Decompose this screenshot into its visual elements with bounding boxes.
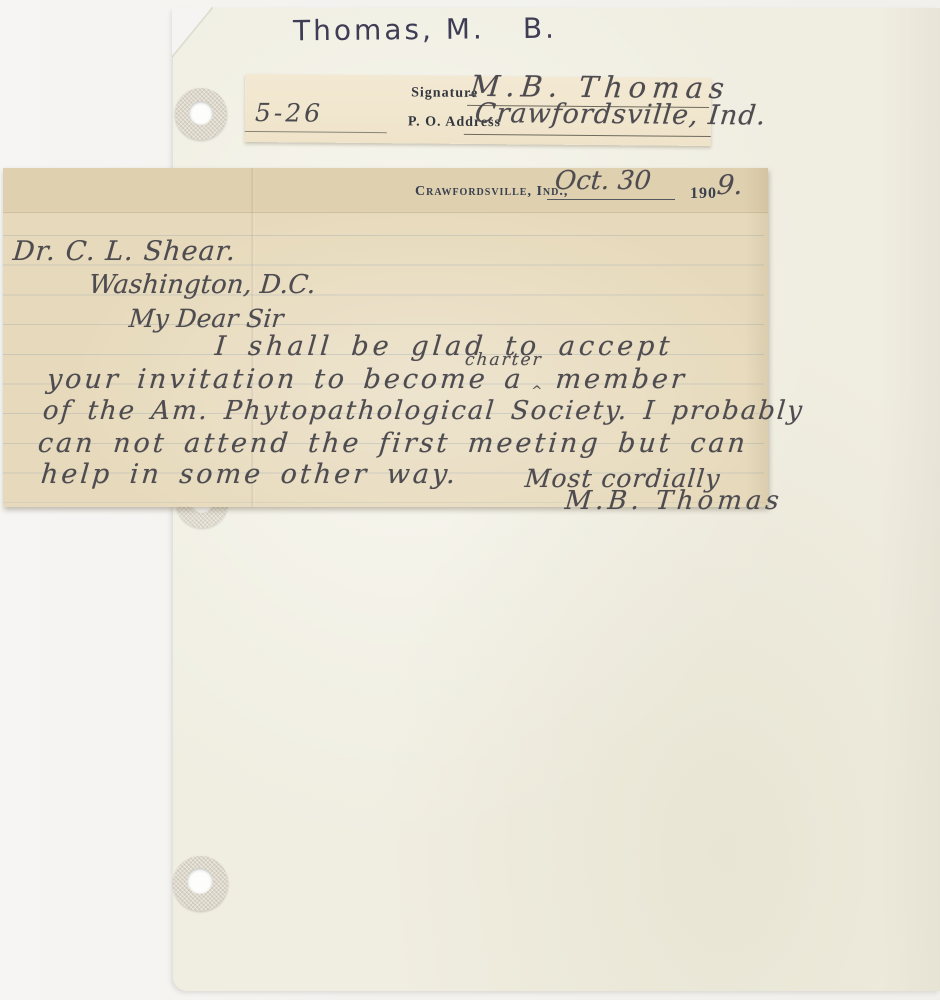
letterhead-year-handwritten: 9. xyxy=(716,170,744,201)
letterhead-year-printed: 190 xyxy=(690,185,717,203)
slip-address-rule xyxy=(464,134,711,137)
punch-hole-reinforcement-bottom xyxy=(173,856,228,911)
letter-body-line-3: of the Am. Phytopathological Society. I … xyxy=(42,396,806,426)
letter-body-line-1: I shall be glad to accept xyxy=(214,331,675,362)
letter-salutation: My Dear Sir xyxy=(128,304,285,333)
letter-recipient: Dr. C. L. Shear. xyxy=(12,236,238,267)
page-corner-cut xyxy=(172,7,213,57)
letter-body-line-2b: member xyxy=(554,364,688,395)
slip-address-value: Crawfordsville, Ind. xyxy=(473,98,767,132)
letter-recipient-city: Washington, D.C. xyxy=(88,270,317,300)
letterhead-date-rule xyxy=(547,199,675,200)
letter-body-line-4: can not attend the first meeting but can xyxy=(37,428,750,459)
letter-paper: Crawfordsville, Ind., Oct. 30 190 9. Dr.… xyxy=(3,168,768,507)
catalog-annotation: Thomas, M.B. xyxy=(293,12,557,48)
letter-body-line-2: your invitation to become amember xyxy=(46,364,689,395)
letterhead-place: Crawfordsville, Ind., xyxy=(415,184,568,200)
annotation-initial: B. xyxy=(523,12,557,45)
letterhead-date-handwritten: Oct. 30 xyxy=(554,166,653,196)
slip-file-number: 5-26 xyxy=(255,98,323,128)
signature-slip: 5-26 Signature M.B. Thomas P. O. Address… xyxy=(245,74,712,146)
letter-signature: M.B. Thomas xyxy=(564,486,784,516)
scanned-document: Thomas, M.B. Crawfordsville, Ind., Oct. … xyxy=(0,0,940,1000)
letter-body-line-2a: your invitation to become a xyxy=(46,364,525,395)
fold-crease xyxy=(3,212,768,213)
punch-hole-reinforcement-top xyxy=(175,88,227,140)
annotation-surname: Thomas, M. xyxy=(293,12,485,47)
letter-body-line-5: help in some other way. xyxy=(40,459,460,490)
slip-file-number-rule xyxy=(245,131,387,133)
